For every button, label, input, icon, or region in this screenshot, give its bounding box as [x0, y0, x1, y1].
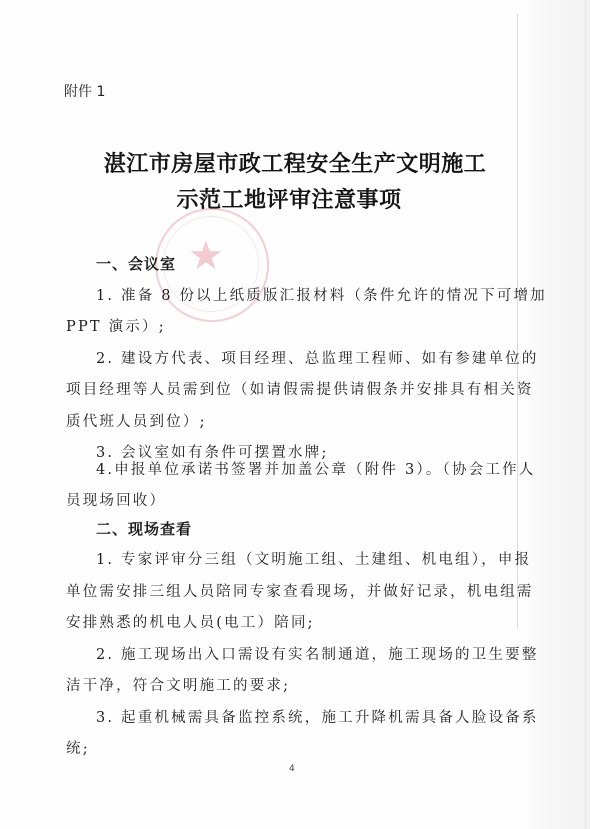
paragraph-line: 质代班人员到位）; — [66, 410, 207, 431]
scan-artifact-line — [585, 0, 586, 829]
paragraph-line: 2. 建设方代表、项目经理、总监理工程师、如有参建单位的 — [96, 347, 539, 368]
document-title-line-2: 示范工地评审注意事项 — [0, 183, 584, 214]
paragraph-line: PPT 演示）; — [66, 315, 166, 336]
star-icon: ★ — [188, 236, 224, 276]
paragraph-line: 1. 准备 8 份以上纸质版汇报材料（条件允许的情况下可增加 — [96, 284, 547, 305]
paragraph-line: 4.申报单位承诺书签署并加盖公章（附件 3）。（协会工作人 — [96, 458, 535, 479]
paragraph-line: 2. 施工现场出入口需设有实名制通道，施工现场的卫生要整 — [96, 643, 539, 664]
section-heading-meeting-room: 一、会议室 — [96, 253, 176, 274]
section-heading-site-inspection: 二、现场查看 — [96, 518, 192, 539]
document-page: 附件 1 湛江市房屋市政工程安全生产文明施工 示范工地评审注意事项 ★ 一、会议… — [0, 0, 590, 829]
scan-edge-shadow — [520, 0, 590, 829]
paragraph-line: 安排熟悉的机电人员(电工）陪同; — [66, 611, 315, 632]
paragraph-line: 项目经理等人员需到位（如请假需提供请假条并安排具有相关资 — [66, 378, 534, 399]
paragraph-line: 单位需安排三组人员陪同专家查看现场，并做好记录，机电组需 — [66, 580, 534, 601]
attachment-label: 附件 1 — [64, 81, 105, 101]
paragraph-line: 1. 专家评审分三组（文明施工组、土建组、机电组），申报 — [96, 548, 531, 569]
document-title-line-1: 湛江市房屋市政工程安全生产文明施工 — [0, 147, 590, 178]
scan-artifact-line — [517, 14, 518, 629]
paragraph-line: 洁干净，符合文明施工的要求; — [66, 674, 290, 695]
page-number: 4 — [289, 764, 295, 774]
paragraph-line: 3. 起重机械需具备监控系统，施工升降机需具备人脸设备系 — [96, 706, 539, 727]
paragraph-line: 员现场回收） — [66, 489, 166, 510]
paragraph-line: 统; — [66, 737, 90, 758]
